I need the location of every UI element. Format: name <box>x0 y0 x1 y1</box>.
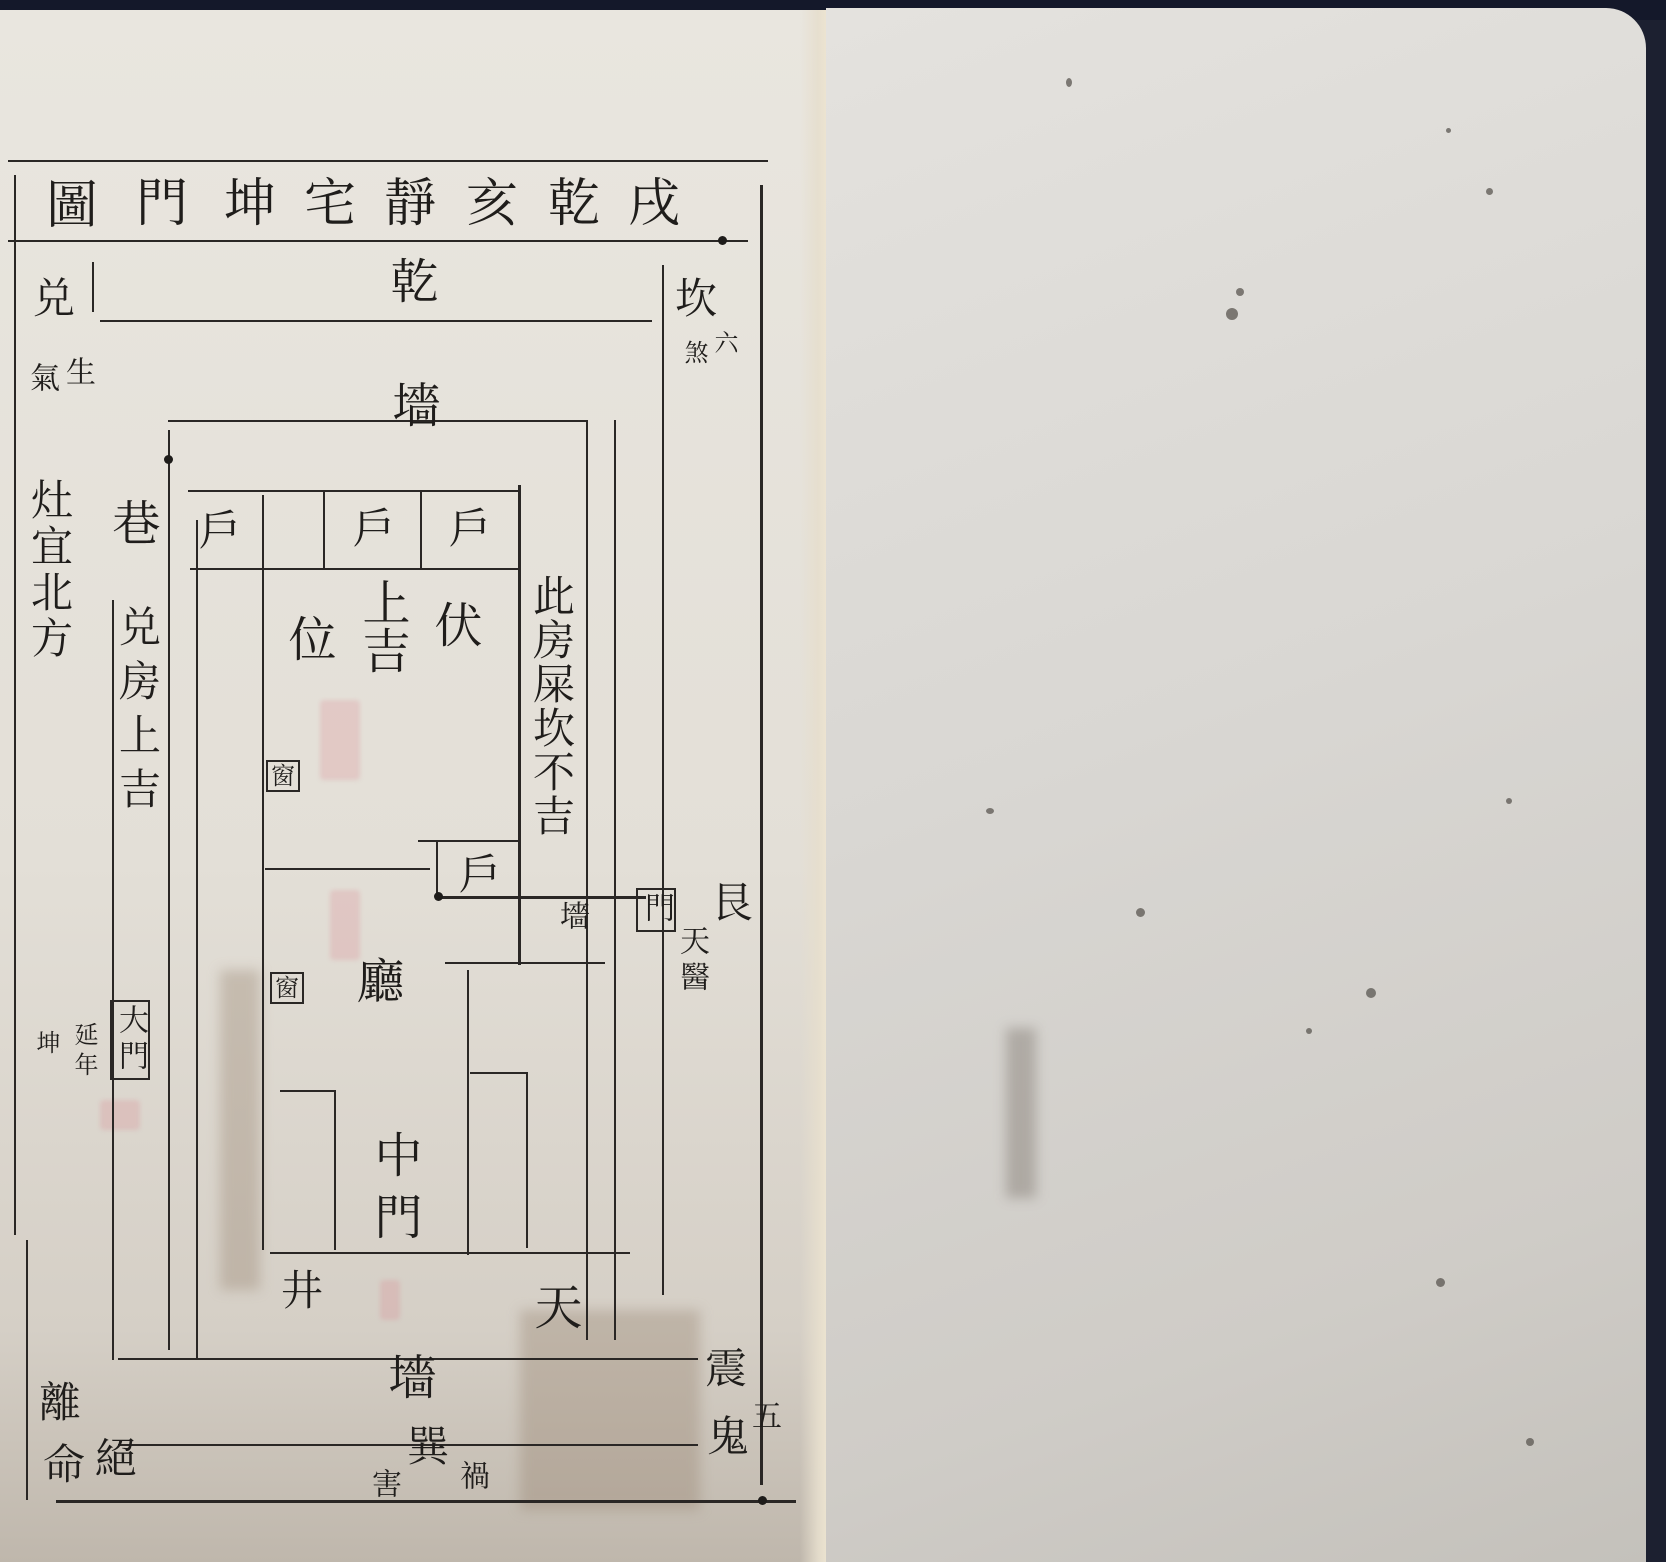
rule-dot <box>718 236 727 245</box>
hall-wall-label: 墻 <box>556 900 586 936</box>
paper-spot <box>1526 1438 1534 1446</box>
title-char: 乾 <box>548 178 600 230</box>
door-label: 戶 <box>196 508 238 556</box>
courtyard-left <box>467 970 469 1255</box>
lane-label: 巷 <box>108 498 156 552</box>
hall-label: 廳 <box>352 956 400 1010</box>
red-trace <box>380 1280 400 1320</box>
enclosure-right <box>586 420 588 1340</box>
red-trace <box>330 890 360 960</box>
door-row-top <box>188 490 518 492</box>
enclosure-left <box>168 430 170 1350</box>
inner-right-border <box>662 265 664 1295</box>
star-char: 絕 <box>92 1436 134 1484</box>
star-char: 禍 <box>456 1460 486 1496</box>
dui-room-note: 兑房上吉 <box>116 605 158 821</box>
kun-label: 坤 <box>34 1030 58 1060</box>
qian-lower-rule <box>100 320 652 322</box>
title-char: 坤 <box>224 178 276 230</box>
paper-spot <box>1486 188 1493 195</box>
paper-spot <box>1066 78 1072 87</box>
window-label: 窗 <box>266 760 300 792</box>
gen-door-box: 門 <box>636 888 676 932</box>
wall-top-line <box>168 420 588 422</box>
lane-right-line <box>196 520 198 1360</box>
title-top-rule <box>8 160 768 162</box>
line-dot <box>758 1496 767 1505</box>
red-trace <box>320 700 360 780</box>
inner-bottom-rule <box>270 1252 630 1254</box>
gen-star-label: 天醫 <box>676 925 706 997</box>
main-room-quality: 上吉 <box>358 578 406 674</box>
water-stain <box>520 1310 700 1510</box>
title-char: 亥 <box>466 178 518 230</box>
room-left-wall <box>262 570 264 1250</box>
outer-left-border <box>14 175 16 1235</box>
top-wall-label: 墻 <box>388 380 436 434</box>
outer-right-border <box>760 185 763 1485</box>
star-char: 鬼 <box>704 1414 746 1462</box>
line-dot <box>434 892 443 901</box>
bottom-rule <box>56 1500 796 1503</box>
water-stain <box>220 970 260 1290</box>
inner-door-label: 戶 <box>456 852 498 900</box>
paper-spot <box>1306 1028 1312 1034</box>
red-trace <box>100 1100 140 1130</box>
tick-line <box>92 262 94 312</box>
well-label: 井 <box>278 1268 320 1316</box>
paper-spot <box>1136 908 1145 917</box>
middle-gate-label: 中門 <box>370 1130 418 1254</box>
main-gate-box: 大門 <box>110 1000 150 1080</box>
gate-top <box>280 1090 336 1092</box>
door-divider <box>323 490 325 568</box>
door-row-bottom <box>190 568 520 570</box>
window-label: 窗 <box>270 972 304 1004</box>
inner-door-top <box>418 840 518 842</box>
title-char: 戌 <box>628 178 680 230</box>
paper-spot <box>1446 128 1451 133</box>
paper-spot <box>1506 798 1512 804</box>
dui-trigram-label: 兑 <box>30 276 72 324</box>
stove-note: 灶宜北方 <box>28 478 70 662</box>
door-label: 戶 <box>350 506 392 554</box>
zhen-trigram-label: 震 <box>702 1346 744 1394</box>
courtyard-right <box>526 1072 528 1248</box>
title-bottom-rule <box>8 240 748 242</box>
gate-side <box>334 1090 336 1250</box>
right-band-line <box>614 420 616 1340</box>
bottom-wall-label: 墻 <box>384 1352 432 1406</box>
paper-spot <box>1366 988 1376 998</box>
paper-spot <box>1226 308 1238 320</box>
title-char: 靜 <box>384 178 436 230</box>
star-char: 害 <box>368 1468 398 1504</box>
paper-spot <box>986 808 994 814</box>
paper-spot <box>1436 1278 1445 1287</box>
fiber-stain <box>1006 1028 1036 1198</box>
star-char: 氣 <box>26 362 56 398</box>
star-char: 煞 <box>682 340 706 370</box>
li-trigram-label: 離 <box>36 1380 78 1428</box>
star-char: 命 <box>40 1442 82 1490</box>
door-divider <box>262 495 264 575</box>
right-page <box>826 8 1646 1562</box>
title-char: 宅 <box>304 178 356 230</box>
title-char: 門 <box>136 178 188 230</box>
xun-trigram-label: 巽 <box>404 1424 446 1472</box>
qian-direction-label: 乾 <box>386 256 434 310</box>
title-char: 圖 <box>46 180 98 232</box>
line-dot <box>164 455 173 464</box>
kan-trigram-label: 坎 <box>672 276 714 324</box>
yannian-star: 延年 <box>72 1022 96 1082</box>
star-char: 五 <box>748 1400 778 1436</box>
room-warning-note: 此房屎坎不吉 <box>530 574 572 838</box>
fuwei-char: 伏 <box>430 600 478 654</box>
inner-door-side <box>436 840 438 898</box>
door-divider <box>420 490 422 568</box>
gen-trigram-label: 艮 <box>708 880 750 928</box>
door-label: 戶 <box>446 506 488 554</box>
courtyard-top <box>470 1072 528 1074</box>
fuwei-char: 位 <box>284 614 332 668</box>
bottom-left-border <box>26 1240 28 1500</box>
hall-rule <box>445 962 605 964</box>
star-char: 六 <box>712 330 736 360</box>
paper-spot <box>1236 288 1244 296</box>
star-char: 生 <box>62 356 92 392</box>
room-divider <box>265 868 430 870</box>
courtyard-label: 天 <box>530 1282 578 1336</box>
room-right-wall <box>518 485 521 965</box>
